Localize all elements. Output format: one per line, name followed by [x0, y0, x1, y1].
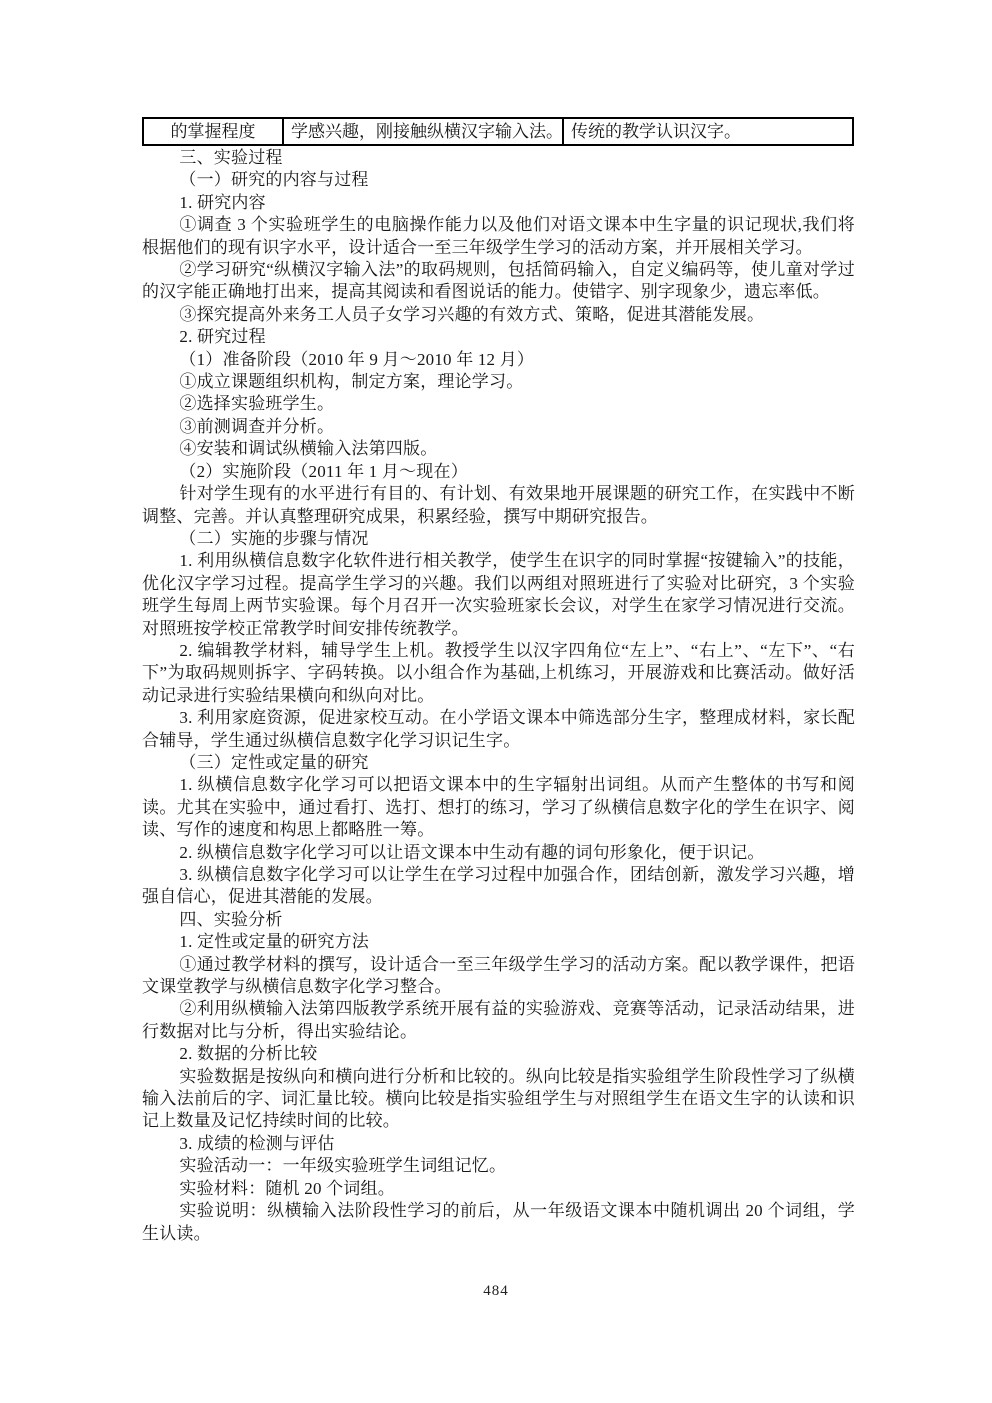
document-body: 三、实验过程（一）研究的内容与过程1. 研究内容①调查 3 个实验班学生的电脑操… [142, 147, 855, 1245]
paragraph: 3. 利用家庭资源，促进家校互动。在小学语文课本中筛选部分生字，整理成材料，家长… [142, 707, 855, 752]
table-cell-middle: 学感兴趣，刚接触纵横汉字输入法。 [283, 118, 563, 145]
paragraph: （一）研究的内容与过程 [142, 169, 855, 191]
paragraph: 3. 成绩的检测与评估 [142, 1133, 855, 1155]
paragraph: 2. 数据的分析比较 [142, 1043, 855, 1065]
carryover-table: 的掌握程度 学感兴趣，刚接触纵横汉字输入法。 传统的教学认识汉字。 [142, 117, 854, 146]
paragraph: 3. 纵横信息数字化学习可以让学生在学习过程中加强合作，团结创新，激发学习兴趣，… [142, 864, 855, 909]
paragraph: 1. 研究内容 [142, 192, 855, 214]
paragraph: 实验数据是按纵向和横向进行分析和比较的。纵向比较是指实验组学生阶段性学习了纵横输… [142, 1066, 855, 1133]
paragraph: 2. 纵横信息数字化学习可以让语文课本中生动有趣的词句形象化，便于识记。 [142, 842, 855, 864]
table-cell-right: 传统的教学认识汉字。 [563, 118, 853, 145]
paragraph: 2. 研究过程 [142, 326, 855, 348]
paragraph: 实验材料：随机 20 个词组。 [142, 1178, 855, 1200]
paragraph: ②学习研究“纵横汉字输入法”的取码规则，包括简码输入，自定义编码等，使儿童对学过… [142, 259, 855, 304]
paragraph: ②选择实验班学生。 [142, 393, 855, 415]
paragraph: 1. 利用纵横信息数字化软件进行相关教学，使学生在识字的同时掌握“按键输入”的技… [142, 550, 855, 640]
paragraph: 实验说明：纵横输入法阶段性学习的前后，从一年级语文课本中随机调出 20 个词组，… [142, 1200, 855, 1245]
paragraph: ②利用纵横输入法第四版教学系统开展有益的实验游戏、竞赛等活动，记录活动结果，进行… [142, 998, 855, 1043]
paragraph: 实验活动一：一年级实验班学生词组记忆。 [142, 1155, 855, 1177]
table-cell-left: 的掌握程度 [143, 118, 283, 145]
paragraph: 1. 纵横信息数字化学习可以把语文课本中的生字辐射出词组。从而产生整体的书写和阅… [142, 774, 855, 841]
paragraph: ①调查 3 个实验班学生的电脑操作能力以及他们对语文课本中生字量的识记现状,我们… [142, 214, 855, 259]
paragraph: ④安装和调试纵横输入法第四版。 [142, 438, 855, 460]
paragraph: 1. 定性或定量的研究方法 [142, 931, 855, 953]
paragraph: 三、实验过程 [142, 147, 855, 169]
paragraph: ③探究提高外来务工人员子女学习兴趣的有效方式、策略，促进其潜能发展。 [142, 304, 855, 326]
paragraph: 2. 编辑教学材料，辅导学生上机。教授学生以汉字四角位“左上”、“右上”、“左下… [142, 640, 855, 707]
table-row: 的掌握程度 学感兴趣，刚接触纵横汉字输入法。 传统的教学认识汉字。 [143, 118, 853, 145]
paragraph: （1）准备阶段（2010 年 9 月～2010 年 12 月） [142, 349, 855, 371]
page-number: 484 [0, 1283, 992, 1300]
paragraph: （三）定性或定量的研究 [142, 752, 855, 774]
paragraph: 四、实验分析 [142, 909, 855, 931]
paragraph: ①通过教学材料的撰写，设计适合一至三年级学生学习的活动方案。配以教学课件，把语文… [142, 954, 855, 999]
paragraph: 针对学生现有的水平进行有目的、有计划、有效果地开展课题的研究工作，在实践中不断调… [142, 483, 855, 528]
paragraph: ③前测调查并分析。 [142, 416, 855, 438]
paragraph: （2）实施阶段（2011 年 1 月～现在） [142, 461, 855, 483]
document-page: 的掌握程度 学感兴趣，刚接触纵横汉字输入法。 传统的教学认识汉字。 三、实验过程… [0, 0, 992, 1403]
paragraph: （二）实施的步骤与情况 [142, 528, 855, 550]
paragraph: ①成立课题组织机构，制定方案，理论学习。 [142, 371, 855, 393]
